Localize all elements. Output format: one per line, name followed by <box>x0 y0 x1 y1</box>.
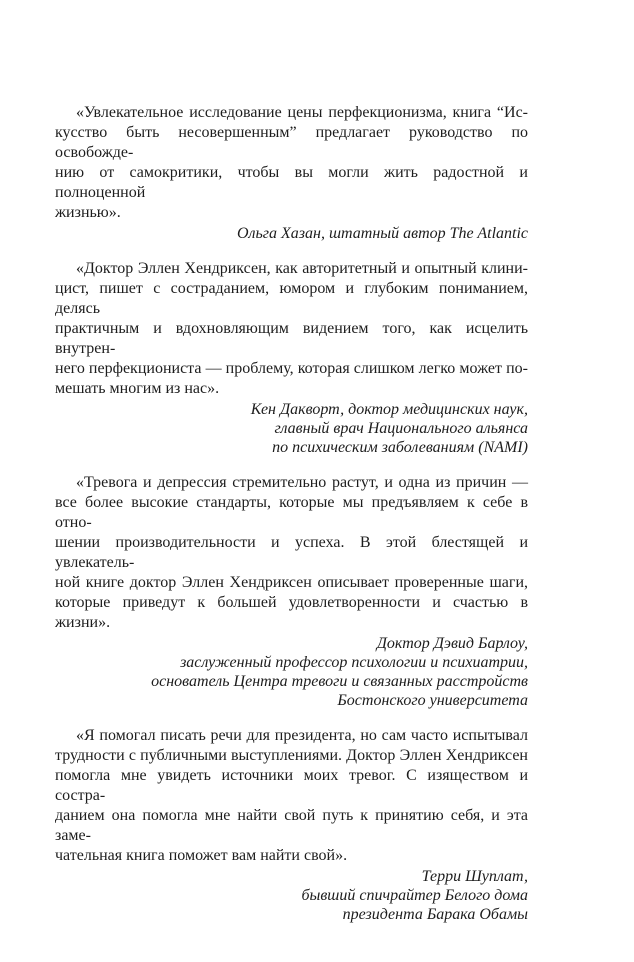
quote-line: «Тревога и депрессия стремительно растут… <box>55 473 528 493</box>
quote-line: которые приведут к большей удовлетворенн… <box>55 593 528 633</box>
book-page: «Увлекательное исследование цены перфекц… <box>0 0 634 962</box>
quote-line: помогла мне увидеть источники моих трево… <box>55 766 528 806</box>
quote-line: чательная книга поможет вам найти свой». <box>55 846 528 866</box>
quote-line: трудности с публичными выступлениями. До… <box>55 746 528 766</box>
quote-line: «Я помогал писать речи для президента, н… <box>55 726 528 746</box>
attribution-line: бывший спичрайтер Белого дома <box>55 886 528 905</box>
attribution-line: заслуженный профессор психологии и психи… <box>55 653 528 672</box>
attribution-line: главный врач Национального альянса <box>55 419 528 438</box>
attribution-line: по психическим заболеваниям (NAMI) <box>55 438 528 457</box>
attribution-line: Кен Дакворт, доктор медицинских наук, <box>55 400 528 419</box>
quote-line: практичным и вдохновляющим видением того… <box>55 319 528 359</box>
attribution-line: основатель Центра тревоги и связанных ра… <box>55 672 528 691</box>
quote-line: нию от самокритики, чтобы вы могли жить … <box>55 163 528 203</box>
quote-attribution: Терри Шуплат,бывший спичрайтер Белого до… <box>55 867 528 924</box>
quote-line: цист, пишет с состраданием, юмором и глу… <box>55 279 528 319</box>
attribution-line: президента Барака Обамы <box>55 905 528 924</box>
quote-attribution: Доктор Дэвид Барлоу,заслуженный профессо… <box>55 634 528 710</box>
testimonial-quote: «Доктор Эллен Хендриксен, как авторитетн… <box>55 259 528 457</box>
quote-line: «Увлекательное исследование цены перфекц… <box>55 103 528 123</box>
quote-line: него перфекциониста — проблему, которая … <box>55 359 528 379</box>
quote-text: «Увлекательное исследование цены перфекц… <box>55 103 528 223</box>
testimonial-quote: «Увлекательное исследование цены перфекц… <box>55 103 528 243</box>
quote-line: ной книге доктор Эллен Хендриксен описыв… <box>55 573 528 593</box>
quote-line: данием она помогла мне найти свой путь к… <box>55 806 528 846</box>
quote-line: шении производительности и успеха. В это… <box>55 533 528 573</box>
praise-quotes: «Увлекательное исследование цены перфекц… <box>55 103 528 924</box>
attribution-line: Доктор Дэвид Барлоу, <box>55 634 528 653</box>
quote-line: мешать многим из нас». <box>55 379 528 399</box>
quote-attribution: Ольга Хазан, штатный автор The Atlantic <box>55 224 528 243</box>
quote-attribution: Кен Дакворт, доктор медицинских наук,гла… <box>55 400 528 457</box>
attribution-line: Бостонского университета <box>55 691 528 710</box>
attribution-line: Ольга Хазан, штатный автор The Atlantic <box>55 224 528 243</box>
quote-text: «Тревога и депрессия стремительно растут… <box>55 473 528 633</box>
attribution-line: Терри Шуплат, <box>55 867 528 886</box>
quote-line: жизнью». <box>55 203 528 223</box>
quote-text: «Я помогал писать речи для президента, н… <box>55 726 528 866</box>
testimonial-quote: «Я помогал писать речи для президента, н… <box>55 726 528 924</box>
quote-text: «Доктор Эллен Хендриксен, как авторитетн… <box>55 259 528 399</box>
testimonial-quote: «Тревога и депрессия стремительно растут… <box>55 473 528 710</box>
quote-line: кусство быть несовершенным” предлагает р… <box>55 123 528 163</box>
quote-line: «Доктор Эллен Хендриксен, как авторитетн… <box>55 259 528 279</box>
quote-line: все более высокие стандарты, которые мы … <box>55 493 528 533</box>
